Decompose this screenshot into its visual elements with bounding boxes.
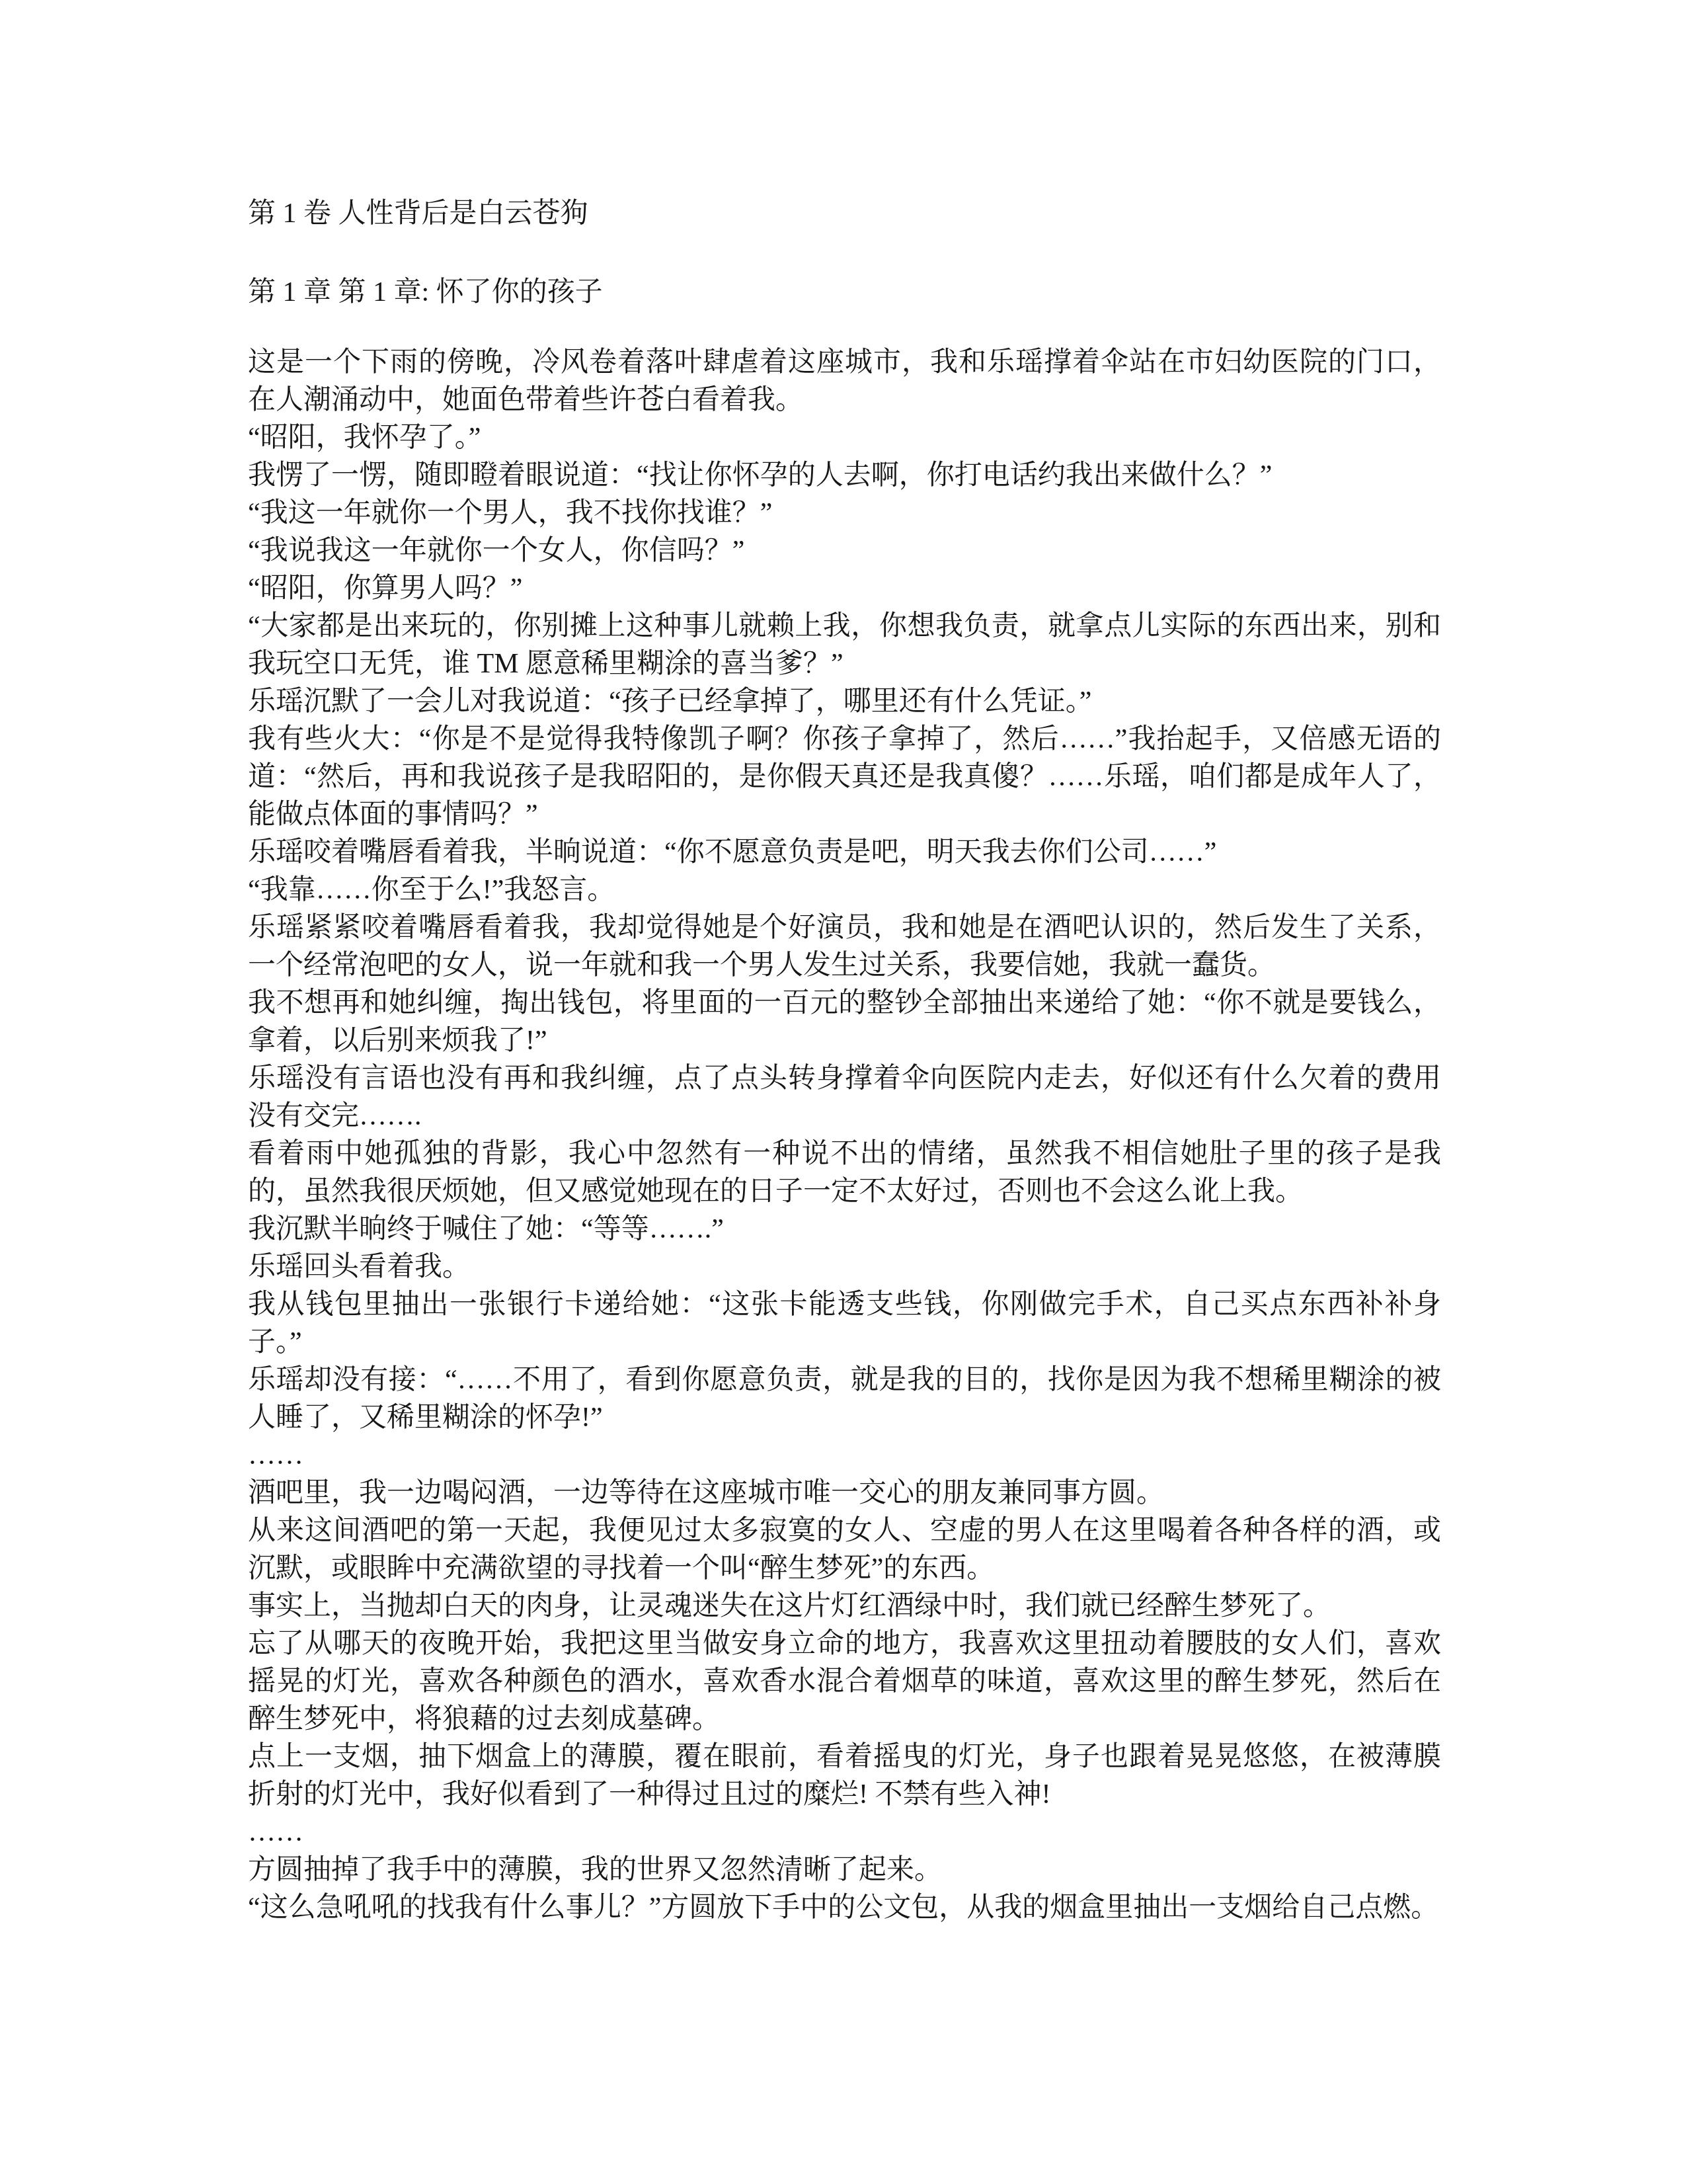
paragraph: 我不想再和她纠缠，掏出钱包，将里面的一百元的整钞全部抽出来递给了她：“你不就是要… xyxy=(248,985,1441,1060)
paragraph: 点上一支烟，抽下烟盒上的薄膜，覆在眼前，看着摇曳的灯光，身子也跟着晃晃悠悠，在被… xyxy=(248,1738,1441,1814)
paragraph: 我有些火大：“你是不是觉得我特像凯子啊？你孩子拿掉了，然后……”我抬起手，又倍感… xyxy=(248,721,1441,834)
paragraph: 事实上，当抛却白天的肉身，让灵魂迷失在这片灯红酒绿中时，我们就已经醉生梦死了。 xyxy=(248,1588,1441,1625)
paragraph: “我靠……你至于么!”我怒言。 xyxy=(248,871,1441,909)
paragraph: 酒吧里，我一边喝闷酒，一边等待在这座城市唯一交心的朋友兼同事方圆。 xyxy=(248,1475,1441,1512)
paragraph: 乐瑶沉默了一会儿对我说道：“孩子已经拿掉了，哪里还有什么凭证。” xyxy=(248,683,1441,721)
paragraph: 这是一个下雨的傍晚，冷风卷着落叶肆虐着这座城市，我和乐瑶撑着伞站在市妇幼医院的门… xyxy=(248,344,1441,419)
paragraph: 我沉默半晌终于喊住了她：“等等…….” xyxy=(248,1211,1441,1248)
chapter-heading: 第 1 章 第 1 章: 怀了你的孩子 xyxy=(248,274,1441,311)
paragraph: 方圆抽掉了我手中的薄膜，我的世界又忽然清晰了起来。 xyxy=(248,1851,1441,1889)
paragraph: 忘了从哪天的夜晚开始，我把这里当做安身立命的地方，我喜欢这里扭动着腰肢的女人们，… xyxy=(248,1625,1441,1738)
paragraph: “我说我这一年就你一个女人，你信吗？” xyxy=(248,532,1441,570)
paragraph: 乐瑶咬着嘴唇看着我，半晌说道：“你不愿意负责是吧，明天我去你们公司……” xyxy=(248,834,1441,871)
volume-heading: 第 1 卷 人性背后是白云苍狗 xyxy=(248,195,1441,233)
paragraph: 从来这间酒吧的第一天起，我便见过太多寂寞的女人、空虚的男人在这里喝着各种各样的酒… xyxy=(248,1512,1441,1588)
text-block: 第 1 卷 人性背后是白云苍狗 第 1 章 第 1 章: 怀了你的孩子 这是一个… xyxy=(248,195,1441,1927)
paragraph: 看着雨中她孤独的背影，我心中忽然有一种说不出的情绪，虽然我不相信她肚子里的孩子是… xyxy=(248,1135,1441,1211)
paragraph: “这么急吼吼的找我有什么事儿？”方圆放下手中的公文包，从我的烟盒里抽出一支烟给自… xyxy=(248,1889,1441,1927)
paragraph: …… xyxy=(248,1814,1441,1851)
document-page: 第 1 卷 人性背后是白云苍狗 第 1 章 第 1 章: 怀了你的孩子 这是一个… xyxy=(0,0,1687,2184)
paragraph: 乐瑶却没有接：“……不用了，看到你愿意负责，就是我的目的，找你是因为我不想稀里糊… xyxy=(248,1361,1441,1437)
paragraph: 乐瑶没有言语也没有再和我纠缠，点了点头转身撑着伞向医院内走去，好似还有什么欠着的… xyxy=(248,1060,1441,1135)
paragraph: “昭阳，你算男人吗？” xyxy=(248,570,1441,608)
paragraph: 我从钱包里抽出一张银行卡递给她：“这张卡能透支些钱，你刚做完手术，自己买点东西补… xyxy=(248,1286,1441,1361)
paragraph: 我愣了一愣，随即瞪着眼说道：“找让你怀孕的人去啊，你打电话约我出来做什么？” xyxy=(248,457,1441,495)
paragraph: 乐瑶回头看着我。 xyxy=(248,1248,1441,1286)
paragraph: “大家都是出来玩的，你别摊上这种事儿就赖上我，你想我负责，就拿点儿实际的东西出来… xyxy=(248,608,1441,683)
paragraph: …… xyxy=(248,1437,1441,1475)
paragraph: 乐瑶紧紧咬着嘴唇看着我，我却觉得她是个好演员，我和她是在酒吧认识的，然后发生了关… xyxy=(248,909,1441,985)
paragraph: “我这一年就你一个男人，我不找你找谁？” xyxy=(248,495,1441,532)
paragraph: “昭阳，我怀孕了。” xyxy=(248,419,1441,457)
paragraph-list: 这是一个下雨的傍晚，冷风卷着落叶肆虐着这座城市，我和乐瑶撑着伞站在市妇幼医院的门… xyxy=(248,344,1441,1927)
